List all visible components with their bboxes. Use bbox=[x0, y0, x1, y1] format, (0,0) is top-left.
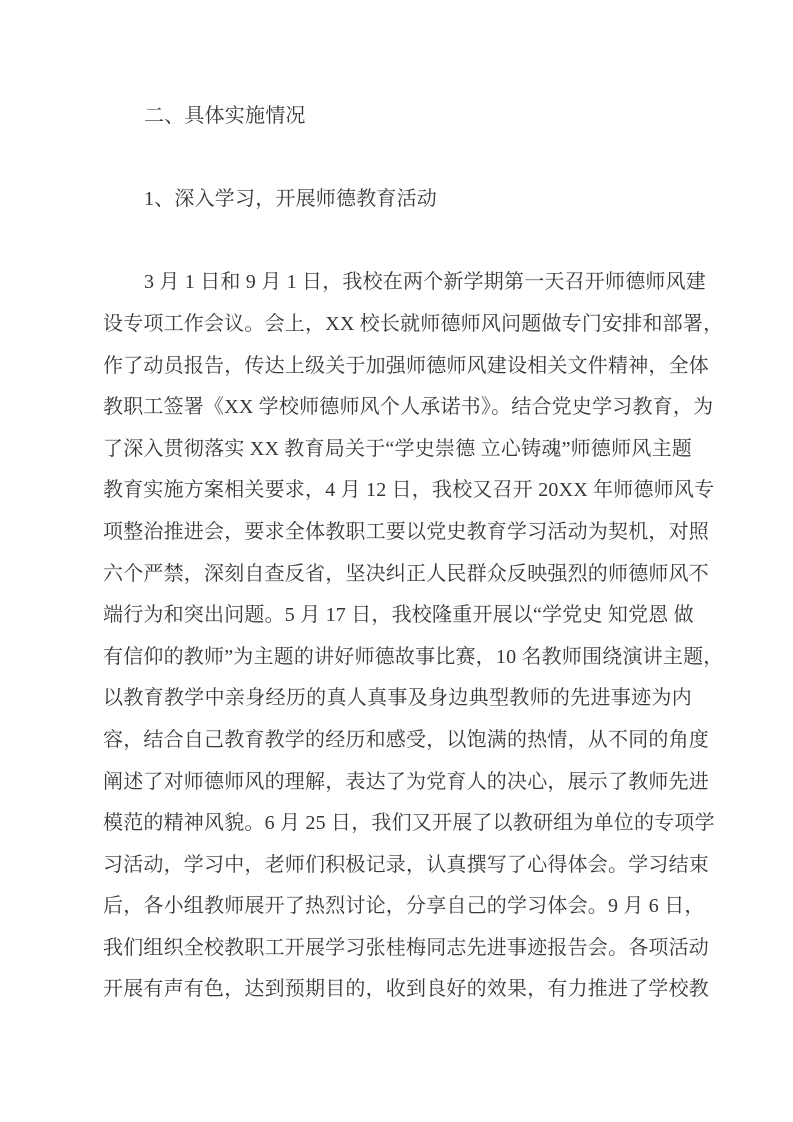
blank-line bbox=[103, 138, 692, 180]
paragraph-line: 后，各小组教师展开了热烈讨论，分享自己的学习体会。9 月 6 日， bbox=[103, 886, 692, 928]
subsection-heading: 1、深入学习，开展师德教育活动 bbox=[103, 179, 692, 221]
paragraph-line: 阐述了对师德师风的理解，表达了为党育人的决心，展示了教师先进 bbox=[103, 762, 692, 804]
document-content: 二、具体实施情况 1、深入学习，开展师德教育活动 3 月 1 日和 9 月 1 … bbox=[103, 96, 692, 1011]
paragraph-line: 习活动，学习中，老师们积极记录，认真撰写了心得体会。学习结束 bbox=[103, 845, 692, 887]
paragraph-line: 教职工签署《XX 学校师德师风个人承诺书》。结合党史学习教育，为 bbox=[103, 387, 692, 429]
paragraph-line: 以教育教学中亲身经历的真人真事及身边典型教师的先进事迹为内 bbox=[103, 678, 692, 720]
paragraph-line: 3 月 1 日和 9 月 1 日，我校在两个新学期第一天召开师德师风建 bbox=[103, 262, 692, 304]
blank-line bbox=[103, 221, 692, 263]
paragraph-line: 项整治推进会，要求全体教职工要以党史教育学习活动为契机，对照 bbox=[103, 512, 692, 554]
paragraph-line: 我们组织全校教职工开展学习张桂梅同志先进事迹报告会。各项活动 bbox=[103, 928, 692, 970]
paragraph-line: 了深入贯彻落实 XX 教育局关于“学史崇德 立心铸魂”师德师风主题 bbox=[103, 429, 692, 471]
paragraph-line: 容，结合自己教育教学的经历和感受，以饱满的热情，从不同的角度 bbox=[103, 720, 692, 762]
section-heading: 二、具体实施情况 bbox=[103, 96, 692, 138]
document-page: 二、具体实施情况 1、深入学习，开展师德教育活动 3 月 1 日和 9 月 1 … bbox=[0, 0, 793, 1122]
paragraph: 3 月 1 日和 9 月 1 日，我校在两个新学期第一天召开师德师风建设专项工作… bbox=[103, 262, 692, 1011]
paragraph-line: 开展有声有色，达到预期目的，收到良好的效果，有力推进了学校教 bbox=[103, 969, 692, 1011]
paragraph-line: 教育实施方案相关要求，4 月 12 日，我校又召开 20XX 年师德师风专 bbox=[103, 470, 692, 512]
paragraph-line: 有信仰的教师”为主题的讲好师德故事比赛，10 名教师围绕演讲主题， bbox=[103, 637, 692, 679]
paragraph-line: 端行为和突出问题。5 月 17 日，我校隆重开展以“学党史 知党恩 做 bbox=[103, 595, 692, 637]
paragraph-line: 六个严禁，深刻自查反省，坚决纠正人民群众反映强烈的师德师风不 bbox=[103, 554, 692, 596]
paragraph-line: 作了动员报告，传达上级关于加强师德师风建设相关文件精神，全体 bbox=[103, 346, 692, 388]
paragraph-line: 设专项工作会议。会上，XX 校长就师德师风问题做专门安排和部署， bbox=[103, 304, 692, 346]
paragraph-line: 模范的精神风貌。6 月 25 日，我们又开展了以教研组为单位的专项学 bbox=[103, 803, 692, 845]
